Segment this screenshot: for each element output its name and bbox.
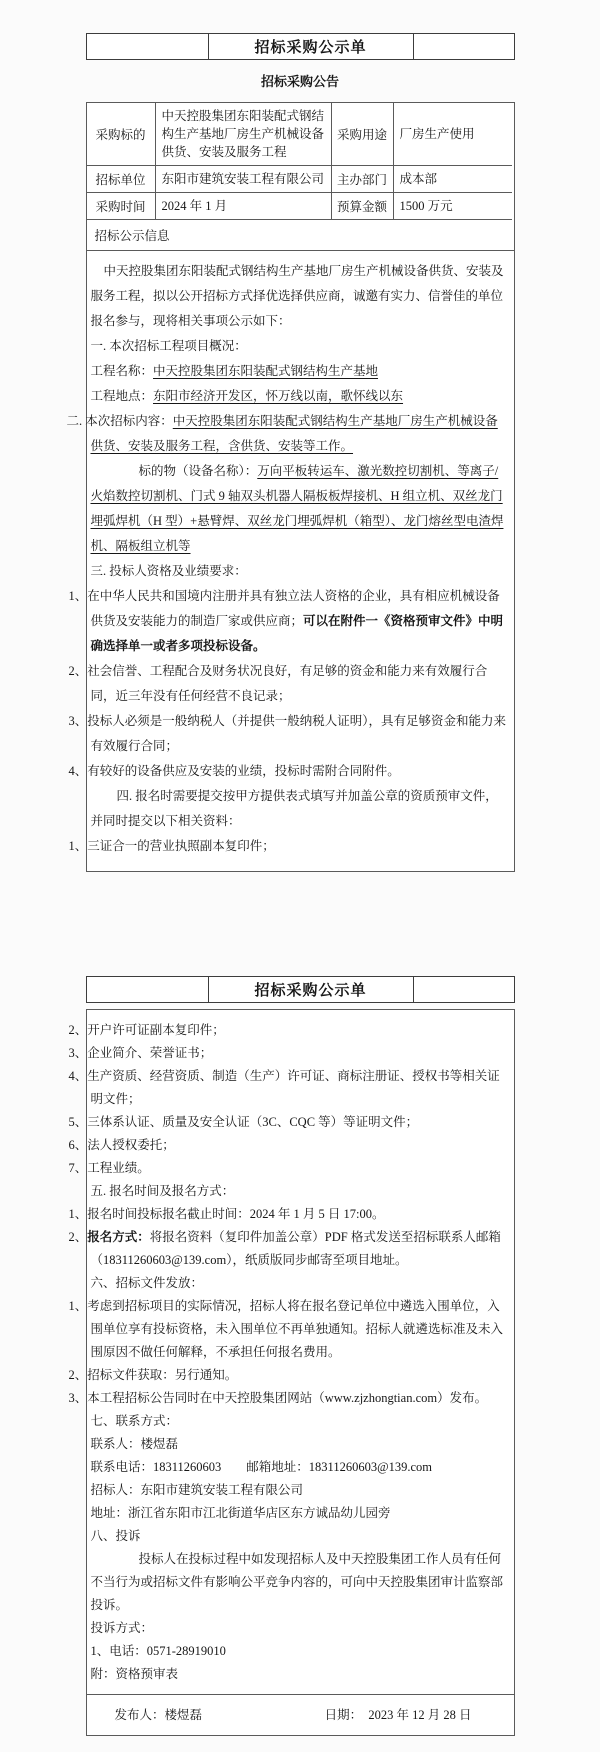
section-8-complaint: 八、投诉 bbox=[91, 1525, 510, 1548]
tenderer-name: 招标人：东阳市建筑安装工程有限公司 bbox=[91, 1479, 510, 1502]
section-2-content: 二. 本次招标内容：中天控股集团东阳装配式钢结构生产基地厂房生产机械设备供货、安… bbox=[91, 409, 510, 459]
footer-row: 发布人：楼煜磊 日期： 2023 年 12 月 28 日 bbox=[87, 1694, 514, 1735]
registration-method-bold: 报名方式： bbox=[87, 1230, 150, 1244]
announcement-subtitle: 招标采购公告 bbox=[86, 71, 515, 90]
equipment-list-line: 标的物（设备名称）：万向平板转运车、激光数控切割机、等离子/火焰数控切割机、门式… bbox=[91, 459, 510, 559]
doc-item-1: 1、三证合一的营业执照副本复印件； bbox=[91, 834, 510, 859]
project-location-line: 工程地点：东阳市经济开发区，怀万线以南，歌怀线以东 bbox=[91, 384, 510, 409]
registration-deadline: 1、报名时间投标报名截止时间：2024 年 1 月 5 日 17:00。 bbox=[91, 1203, 510, 1226]
page2-document-box: 2、开户许可证副本复印件； 3、企业简介、荣誉证书； 4、生产资质、经营资质、制… bbox=[86, 1009, 515, 1736]
issue-item-1: 1、考虑到招标项目的实际情况，招标人将在报名登记单位中遴选入围单位，入围单位享有… bbox=[91, 1295, 510, 1364]
section-6-document-issue: 六、招标文件发放： bbox=[91, 1272, 510, 1295]
complaint-paragraph: 投标人在投标过程中如发现招标人及中天控股集团工作人员有任何不当行为或招标文件有影… bbox=[91, 1548, 510, 1617]
section-1-overview: 一. 本次招标工程项目概况： bbox=[91, 334, 510, 359]
publisher: 发布人：楼煜磊 bbox=[115, 1705, 203, 1723]
project-name-value: 中天控股集团东阳装配式钢结构生产基地 bbox=[153, 364, 378, 378]
procurement-subject-value: 中天控股集团东阳装配式钢结构生产基地厂房生产机械设备供货、安装及服务工程 bbox=[156, 103, 332, 166]
project-name-line: 工程名称：中天控股集团东阳装配式钢结构生产基地 bbox=[91, 359, 510, 384]
document-title: 招标采购公示单 bbox=[209, 977, 414, 1002]
qualification-item-1: 1、在中华人民共和国境内注册并具有独立法人资格的企业，具有相应机械设备供货及安装… bbox=[91, 584, 510, 659]
tender-unit-label: 招标单位 bbox=[87, 166, 156, 193]
info-table: 采购标的 中天控股集团东阳装配式钢结构生产基地厂房生产机械设备供货、安装及服务工… bbox=[87, 103, 514, 220]
procurement-subject-label: 采购标的 bbox=[87, 103, 156, 166]
para-intro: 中天控股集团东阳装配式钢结构生产基地厂房生产机械设备供货、安装及服务工程，拟以公… bbox=[91, 259, 510, 334]
contact-phone-email: 联系电话：18311260603 邮箱地址：18311260603@139.co… bbox=[91, 1456, 510, 1479]
procurement-time-label: 采购时间 bbox=[87, 193, 156, 220]
doc-item-3: 3、企业简介、荣誉证书； bbox=[91, 1042, 510, 1065]
doc-item-7: 7、工程业绩。 bbox=[91, 1157, 510, 1180]
page2-header-table: 招标采购公示单 bbox=[86, 976, 515, 1003]
host-dept-value: 成本部 bbox=[394, 166, 512, 193]
page1-body: 中天控股集团东阳装配式钢结构生产基地厂房生产机械设备供货、安装及服务工程，拟以公… bbox=[87, 251, 514, 871]
budget-value: 1500 万元 bbox=[394, 193, 512, 220]
issue-item-3: 3、本工程招标公告同时在中天控股集团网站（www.zjzhongtian.com… bbox=[91, 1387, 510, 1410]
doc-item-5: 5、三体系认证、质量及安全认证（3C、CQC 等）等证明文件； bbox=[91, 1111, 510, 1134]
doc-item-6: 6、法人授权委托； bbox=[91, 1134, 510, 1157]
section-5-registration: 五. 报名时间及报名方式： bbox=[91, 1180, 510, 1203]
bottom-margin bbox=[0, 1736, 600, 1752]
budget-label: 预算金额 bbox=[332, 193, 394, 220]
section-3-qualifications: 三. 投标人资格及业绩要求： bbox=[91, 559, 510, 584]
tenderer-address: 地址：浙江省东阳市江北街道华店区东方诚品幼儿园旁 bbox=[91, 1502, 510, 1525]
qualification-item-3: 3、投标人必须是一般纳税人（并提供一般纳税人证明），具有足够资金和能力来有效履行… bbox=[91, 709, 510, 759]
header-empty-cell-left bbox=[87, 34, 209, 59]
doc-item-2: 2、开户许可证副本复印件； bbox=[91, 1019, 510, 1042]
page-1: 招标采购公示单 招标采购公告 采购标的 中天控股集团东阳装配式钢结构生产基地厂房… bbox=[86, 33, 515, 872]
section-4-registration-docs: 四. 报名时需要提交按甲方提供表式填写并加盖公章的资质预审文件，并同时提交以下相… bbox=[91, 784, 510, 834]
doc-item-4: 4、生产资质、经营资质、制造（生产）许可证、商标注册证、授权书等相关证明文件； bbox=[91, 1065, 510, 1111]
host-dept-label: 主办部门 bbox=[332, 166, 394, 193]
registration-method: 2、报名方式：将报名资料（复印件加盖公章）PDF 格式发送至招标联系人邮箱（18… bbox=[91, 1226, 510, 1272]
page1-header-table: 招标采购公示单 bbox=[86, 33, 515, 60]
qualification-item-2: 2、社会信誉、工程配合及财务状况良好，有足够的资金和能力来有效履行合同，近三年没… bbox=[91, 659, 510, 709]
issue-item-2: 2、招标文件获取：另行通知。 bbox=[91, 1364, 510, 1387]
page-gap bbox=[0, 872, 600, 976]
publicity-info-section-label: 招标公示信息 bbox=[87, 220, 514, 251]
page2-body: 2、开户许可证副本复印件； 3、企业简介、荣誉证书； 4、生产资质、经营资质、制… bbox=[87, 1010, 514, 1694]
project-location-value: 东阳市经济开发区，怀万线以南，歌怀线以东 bbox=[153, 389, 403, 403]
header-empty-cell-right bbox=[414, 34, 514, 59]
page-2: 招标采购公示单 2、开户许可证副本复印件； 3、企业简介、荣誉证书； 4、生产资… bbox=[86, 976, 515, 1736]
attachment-note: 附：资格预审表 bbox=[91, 1663, 510, 1686]
header-empty-cell-left bbox=[87, 977, 209, 1002]
contact-person: 联系人：楼煜磊 bbox=[91, 1433, 510, 1456]
section-7-contact: 七、联系方式： bbox=[91, 1410, 510, 1433]
procurement-use-value: 厂房生产使用 bbox=[394, 103, 512, 166]
document-title: 招标采购公示单 bbox=[209, 34, 414, 59]
procurement-use-label: 采购用途 bbox=[332, 103, 394, 166]
page1-document-box: 采购标的 中天控股集团东阳装配式钢结构生产基地厂房生产机械设备供货、安装及服务工… bbox=[86, 102, 515, 872]
complaint-phone: 1、电话：0571-28919010 bbox=[91, 1640, 510, 1663]
publish-date: 日期： 2023 年 12 月 28 日 bbox=[325, 1705, 472, 1723]
header-empty-cell-right bbox=[414, 977, 514, 1002]
top-margin bbox=[0, 0, 600, 33]
qualification-item-4: 4、有较好的设备供应及安装的业绩，投标时需附合同附件。 bbox=[91, 759, 510, 784]
tender-unit-value: 东阳市建筑安装工程有限公司 bbox=[156, 166, 332, 193]
procurement-time-value: 2024 年 1 月 bbox=[156, 193, 332, 220]
complaint-method-label: 投诉方式： bbox=[91, 1617, 510, 1640]
